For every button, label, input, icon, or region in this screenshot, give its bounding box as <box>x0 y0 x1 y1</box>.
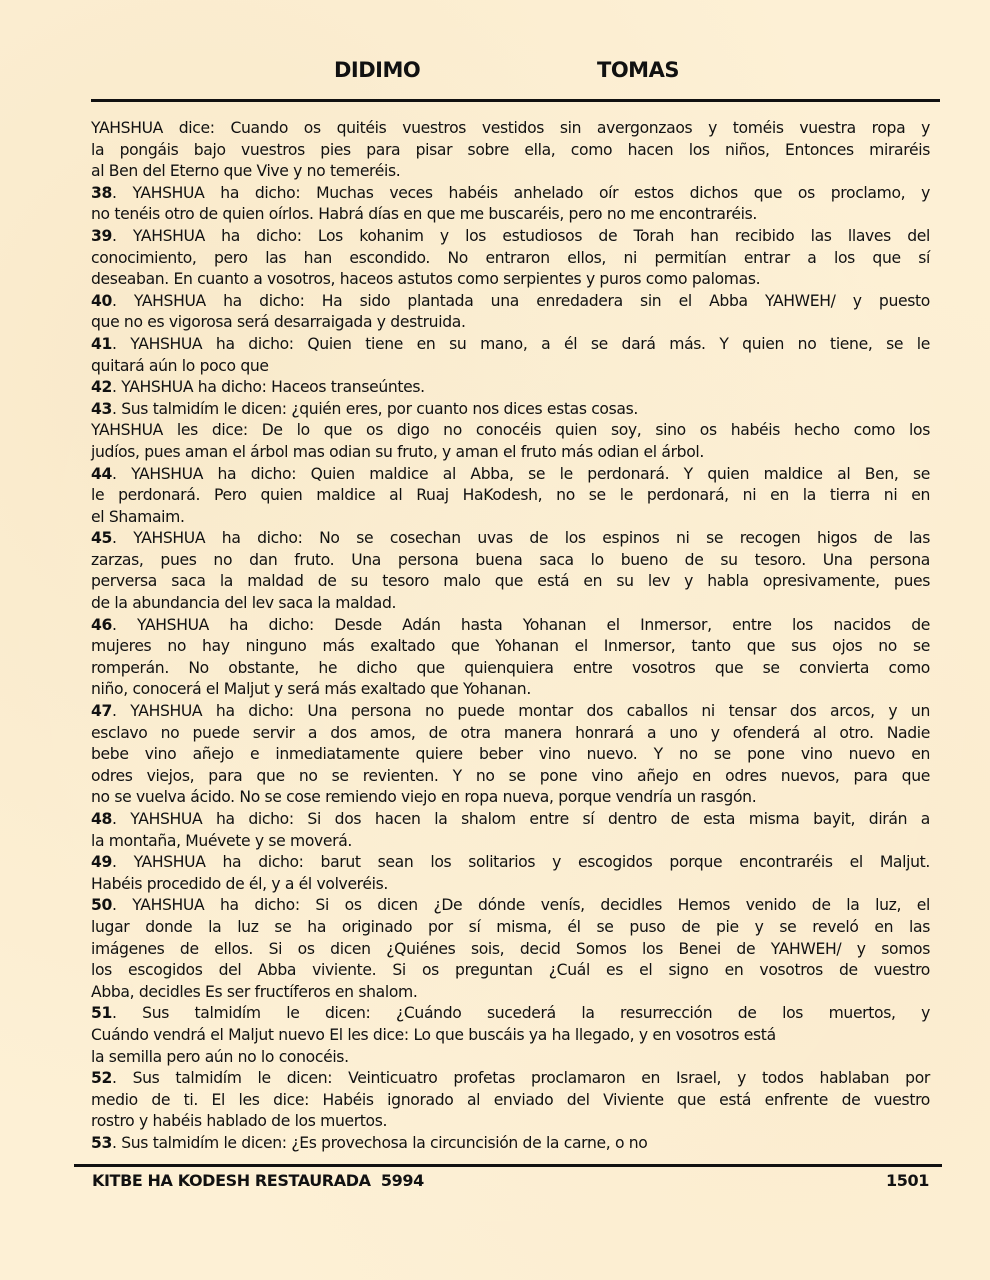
verse-number: 45 <box>91 529 112 547</box>
verse-line: 43. Sus talmidím le dicen: ¿quién eres, … <box>91 399 930 421</box>
verse-line: 46. YAHSHUA ha dicho: Desde Adán hasta Y… <box>91 615 930 637</box>
text-line: no se vuelva ácido. No se cose remiendo … <box>91 787 930 809</box>
line-text: no tenéis otro de quien oírlos. Habrá dí… <box>91 205 757 223</box>
text-line: al Ben del Eterno que Vive y no temeréis… <box>91 161 930 183</box>
text-line: no tenéis otro de quien oírlos. Habrá dí… <box>91 204 930 226</box>
running-header: DIDIMO TOMAS <box>0 58 990 88</box>
line-text: Abba, decidles Es ser fructíferos en sha… <box>91 983 417 1001</box>
verse-number: 51 <box>91 1004 112 1022</box>
line-text: . YAHSHUA ha dicho: Haceos transeúntes. <box>112 378 425 396</box>
text-line: la pongáis bajo vuestros pies para pisar… <box>91 140 930 162</box>
line-text: . YAHSHUA ha dicho: No se cosechan uvas … <box>112 529 930 547</box>
text-line: niño, conocerá el Maljut y será más exal… <box>91 679 930 701</box>
verse-line: 47. YAHSHUA ha dicho: Una persona no pue… <box>91 701 930 723</box>
header-rule <box>91 99 940 102</box>
text-line: medio de ti. El les dice: Habéis ignorad… <box>91 1090 930 1112</box>
line-text: odres viejos, para que no se revienten. … <box>91 767 930 785</box>
text-line: imágenes de ellos. Si os dicen ¿Quiénes … <box>91 939 930 961</box>
line-text: Cuándo vendrá el Maljut nuevo El les dic… <box>91 1026 776 1044</box>
verse-line: 44. YAHSHUA ha dicho: Quien maldice al A… <box>91 464 930 486</box>
line-text: deseaban. En cuanto a vosotros, haceos a… <box>91 270 760 288</box>
verse-line: 52. Sus talmidím le dicen: Veinticuatro … <box>91 1068 930 1090</box>
text-line: la montaña, Muévete y se moverá. <box>91 831 930 853</box>
page-body: YAHSHUA dice: Cuando os quitéis vuestros… <box>91 118 930 1155</box>
line-text: la semilla pero aún no lo conocéis. <box>91 1048 349 1066</box>
header-title-right: TOMAS <box>597 58 679 82</box>
text-line: YAHSHUA les dice: De lo que os digo no c… <box>91 420 930 442</box>
verse-line: 42. YAHSHUA ha dicho: Haceos transeúntes… <box>91 377 930 399</box>
line-text: lugar donde la luz se ha originado por s… <box>91 918 930 936</box>
verse-number: 42 <box>91 378 112 396</box>
footer-rule <box>74 1164 942 1167</box>
line-text: . YAHSHUA ha dicho: Si os dicen ¿De dónd… <box>112 896 930 914</box>
text-line: la semilla pero aún no lo conocéis. <box>91 1047 930 1069</box>
line-text: conocimiento, pero las han escondido. No… <box>91 249 930 267</box>
verse-line: 51. Sus talmidím le dicen: ¿Cuándo suced… <box>91 1003 930 1025</box>
page-number: 1501 <box>886 1171 929 1190</box>
verse-line: 53. Sus talmidím le dicen: ¿Es provechos… <box>91 1133 930 1155</box>
line-text: que no es vigorosa será desarraigada y d… <box>91 313 466 331</box>
line-text: . YAHSHUA ha dicho: Muchas veces habéis … <box>112 184 930 202</box>
verse-number: 40 <box>91 292 112 310</box>
text-line: zarzas, pues no dan fruto. Una persona b… <box>91 550 930 572</box>
text-line: mujeres no hay ninguno más exaltado que … <box>91 636 930 658</box>
verse-number: 43 <box>91 400 112 418</box>
text-line: lugar donde la luz se ha originado por s… <box>91 917 930 939</box>
footer-book-title: KITBE HA KODESH RESTAURADA 5994 <box>92 1171 424 1190</box>
header-title-left: DIDIMO <box>334 58 420 82</box>
line-text: judíos, pues aman el árbol mas odian su … <box>91 443 704 461</box>
line-text: esclavo no puede servir a dos amos, de o… <box>91 724 930 742</box>
verse-line: 40. YAHSHUA ha dicho: Ha sido plantada u… <box>91 291 930 313</box>
line-text: YAHSHUA dice: Cuando os quitéis vuestros… <box>91 119 930 137</box>
verse-number: 46 <box>91 616 112 634</box>
verse-number: 53 <box>91 1134 112 1152</box>
line-text: . YAHSHUA ha dicho: Si dos hacen la shal… <box>112 810 930 828</box>
line-text: . YAHSHUA ha dicho: Una persona no puede… <box>112 702 930 720</box>
line-text: . YAHSHUA ha dicho: Quien maldice al Abb… <box>112 465 930 483</box>
verse-line: 41. YAHSHUA ha dicho: Quien tiene en su … <box>91 334 930 356</box>
line-text: . YAHSHUA ha dicho: Los kohanim y los es… <box>112 227 930 245</box>
line-text: . Sus talmidím le dicen: ¿Es provechosa … <box>112 1134 647 1152</box>
verse-line: 48. YAHSHUA ha dicho: Si dos hacen la sh… <box>91 809 930 831</box>
line-text: YAHSHUA les dice: De lo que os digo no c… <box>91 421 930 439</box>
line-text: la montaña, Muévete y se moverá. <box>91 832 352 850</box>
verse-number: 47 <box>91 702 112 720</box>
text-line: deseaban. En cuanto a vosotros, haceos a… <box>91 269 930 291</box>
verse-number: 44 <box>91 465 112 483</box>
verse-number: 50 <box>91 896 112 914</box>
line-text: bebe vino añejo e inmediatamente quiere … <box>91 745 930 763</box>
line-text: la pongáis bajo vuestros pies para pisar… <box>91 141 930 159</box>
verse-number: 41 <box>91 335 112 353</box>
line-text: al Ben del Eterno que Vive y no temeréis… <box>91 162 400 180</box>
line-text: romperán. No obstante, he dicho que quie… <box>91 659 930 677</box>
line-text: . YAHSHUA ha dicho: barut sean los solit… <box>112 853 930 871</box>
text-line: conocimiento, pero las han escondido. No… <box>91 248 930 270</box>
text-line: le perdonará. Pero quien maldice al Ruaj… <box>91 485 930 507</box>
verse-line: 38. YAHSHUA ha dicho: Muchas veces habéi… <box>91 183 930 205</box>
line-text: le perdonará. Pero quien maldice al Ruaj… <box>91 486 930 504</box>
line-text: no se vuelva ácido. No se cose remiendo … <box>91 788 756 806</box>
verse-number: 52 <box>91 1069 112 1087</box>
line-text: los escogidos del Abba viviente. Si os p… <box>91 961 930 979</box>
text-line: de la abundancia del lev saca la maldad. <box>91 593 930 615</box>
line-text: . YAHSHUA ha dicho: Quien tiene en su ma… <box>112 335 930 353</box>
line-text: . YAHSHUA ha dicho: Ha sido plantada una… <box>112 292 930 310</box>
text-line: los escogidos del Abba viviente. Si os p… <box>91 960 930 982</box>
text-line: rostro y habéis hablado de los muertos. <box>91 1111 930 1133</box>
line-text: quitará aún lo poco que <box>91 357 269 375</box>
line-text: . Sus talmidím le dicen: Veinticuatro pr… <box>112 1069 930 1087</box>
line-text: . YAHSHUA ha dicho: Desde Adán hasta Yoh… <box>112 616 930 634</box>
verse-number: 49 <box>91 853 112 871</box>
line-text: medio de ti. El les dice: Habéis ignorad… <box>91 1091 930 1109</box>
verse-number: 48 <box>91 810 112 828</box>
text-line: odres viejos, para que no se revienten. … <box>91 766 930 788</box>
line-text: niño, conocerá el Maljut y será más exal… <box>91 680 531 698</box>
verse-number: 39 <box>91 227 112 245</box>
line-text: de la abundancia del lev saca la maldad. <box>91 594 396 612</box>
verse-line: 45. YAHSHUA ha dicho: No se cosechan uva… <box>91 528 930 550</box>
line-text: zarzas, pues no dan fruto. Una persona b… <box>91 551 930 569</box>
verse-line: 39. YAHSHUA ha dicho: Los kohanim y los … <box>91 226 930 248</box>
line-text: . Sus talmidím le dicen: ¿Cuándo suceder… <box>112 1004 930 1022</box>
verse-line: 49. YAHSHUA ha dicho: barut sean los sol… <box>91 852 930 874</box>
text-line: Habéis procedido de él, y a él volveréis… <box>91 874 930 896</box>
text-line: Cuándo vendrá el Maljut nuevo El les dic… <box>91 1025 930 1047</box>
line-text: . Sus talmidím le dicen: ¿quién eres, po… <box>112 400 638 418</box>
verse-number: 38 <box>91 184 112 202</box>
line-text: rostro y habéis hablado de los muertos. <box>91 1112 387 1130</box>
line-text: imágenes de ellos. Si os dicen ¿Quiénes … <box>91 940 930 958</box>
text-line: Abba, decidles Es ser fructíferos en sha… <box>91 982 930 1004</box>
text-line: bebe vino añejo e inmediatamente quiere … <box>91 744 930 766</box>
text-line: quitará aún lo poco que <box>91 356 930 378</box>
verse-line: 50. YAHSHUA ha dicho: Si os dicen ¿De dó… <box>91 895 930 917</box>
text-line: el Shamaim. <box>91 507 930 529</box>
line-text: Habéis procedido de él, y a él volveréis… <box>91 875 388 893</box>
text-line: YAHSHUA dice: Cuando os quitéis vuestros… <box>91 118 930 140</box>
text-line: romperán. No obstante, he dicho que quie… <box>91 658 930 680</box>
text-line: judíos, pues aman el árbol mas odian su … <box>91 442 930 464</box>
text-line: perversa saca la maldad de su tesoro mal… <box>91 571 930 593</box>
text-line: que no es vigorosa será desarraigada y d… <box>91 312 930 334</box>
line-text: el Shamaim. <box>91 508 185 526</box>
line-text: mujeres no hay ninguno más exaltado que … <box>91 637 930 655</box>
line-text: perversa saca la maldad de su tesoro mal… <box>91 572 930 590</box>
text-line: esclavo no puede servir a dos amos, de o… <box>91 723 930 745</box>
